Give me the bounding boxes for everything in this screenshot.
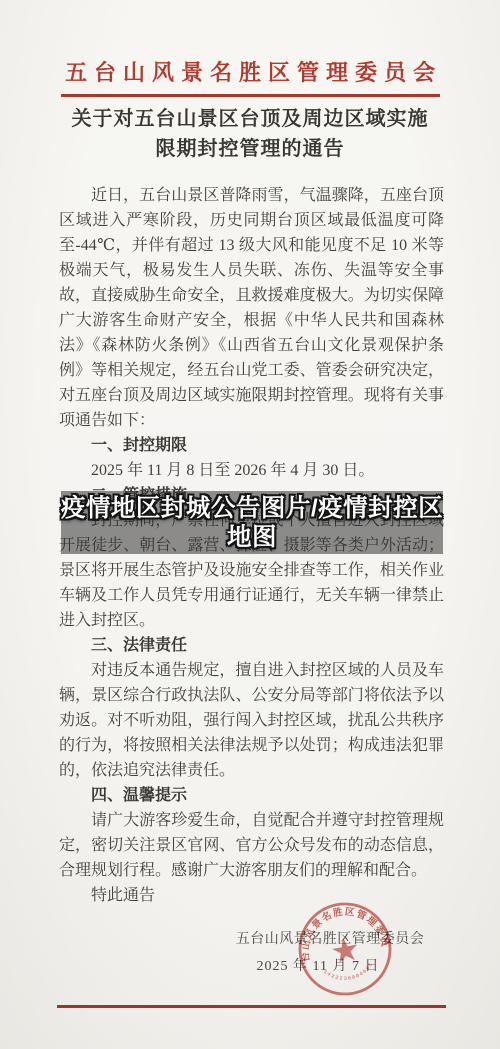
section-3-heading: 三、法律责任 xyxy=(59,633,444,658)
watermark-line2: 地图 xyxy=(227,523,277,552)
doc-title-line1: 关于对五台山景区台顶及周边区域实施 xyxy=(30,104,470,134)
section-4-paragraph: 请广大游客珍爱生命，自觉配合并遵守封控管理规定，密切关注景区官网、官方公众号发布… xyxy=(59,808,444,883)
intro-paragraph: 近日，五台山景区普降雨雪，气温骤降，五座台顶区域进入严寒阶段，历史同期台顶区域最… xyxy=(59,183,444,433)
footer-rule xyxy=(57,1005,446,1008)
doc-title: 关于对五台山景区台顶及周边区域实施 限期封控管理的通告 xyxy=(30,104,470,164)
section-1-heading: 一、封控期限 xyxy=(59,433,444,458)
header-rule xyxy=(61,94,440,97)
section-4-heading: 四、温馨提示 xyxy=(59,783,444,808)
doc-title-line2: 限期封控管理的通告 xyxy=(30,134,470,164)
section-1-paragraph: 2025 年 11 月 8 日至 2026 年 4 月 30 日。 xyxy=(59,458,444,483)
watermark-line1: 疫情地区封城公告图片/疫情封控区 xyxy=(61,494,443,523)
seal-star-icon: ★ xyxy=(328,931,363,972)
notice-photo: 五台山风景名胜区管理委员会 关于对五台山景区台顶及周边区域实施 限期封控管理的通… xyxy=(0,0,500,1049)
org-title: 五台山风景名胜区管理委员会 xyxy=(0,56,500,87)
watermark-overlay: 疫情地区封城公告图片/疫情封控区 地图 xyxy=(61,491,443,554)
official-seal-icon: ★ 五台山风景名胜区管理委员会 1422230004685 xyxy=(287,891,403,1007)
section-3-paragraph: 对违反本通告规定，擅自进入封控区域的人员及车辆，景区综合行政执法队、公安分局等部… xyxy=(59,658,444,783)
